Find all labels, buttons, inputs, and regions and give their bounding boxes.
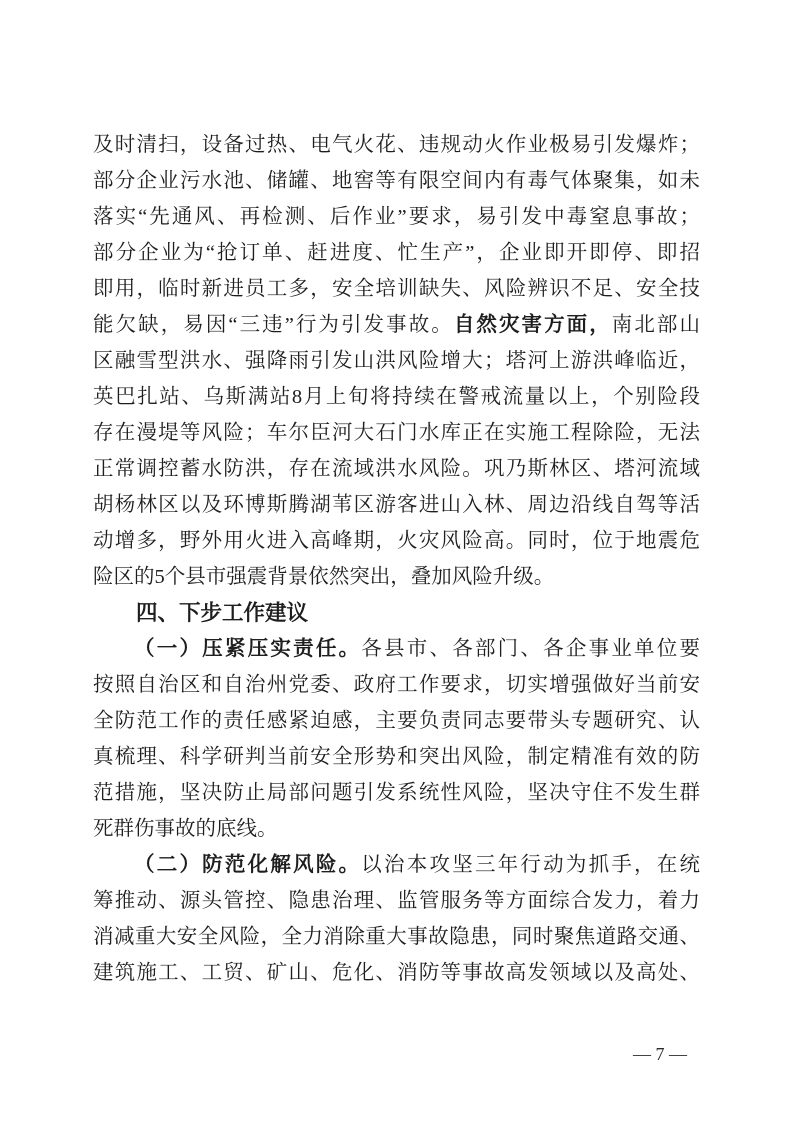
text-segment: 能欠缺，易因“三违”行为引发事故。 xyxy=(93,314,454,336)
page-number: — 7 — xyxy=(600,1044,720,1065)
text-line: 存在漫堤等风险；车尔臣河大石门水库正在实施工程除险，无法 xyxy=(93,415,700,451)
text-line: 正常调控蓄水防洪，存在流域洪水风险。巩乃斯林区、塔河流域 xyxy=(93,451,700,487)
text-line: 英巴扎站、乌斯满站8月上旬将持续在警戒流量以上，个别险段 xyxy=(93,379,700,415)
text-segment: 部分企业污水池、储罐、地窖等有限空间内有毒气体聚集，如未 xyxy=(93,170,700,192)
text-line: 四、下步工作建议 xyxy=(93,595,700,631)
text-line: 落实“先通风、再检测、后作业”要求，易引发中毒窒息事故； xyxy=(93,199,700,235)
text-line: 按照自治区和自治州党委、政府工作要求，切实增强做好当前安 xyxy=(93,667,700,703)
text-line: 真梳理、科学研判当前安全形势和突出风险，制定精准有效的防 xyxy=(93,739,700,775)
text-segment: 消减重大安全风险，全力消除重大事故隐患，同时聚焦道路交通、 xyxy=(93,926,700,948)
text-line: （二）防范化解风险。以治本攻坚三年行动为抓手，在统 xyxy=(93,847,700,883)
text-segment: 区融雪型洪水、强降雨引发山洪风险增大；塔河上游洪峰临近， xyxy=(93,350,700,372)
text-line: 部分企业污水池、储罐、地窖等有限空间内有毒气体聚集，如未 xyxy=(93,163,700,199)
text-segment: 胡杨林区以及环博斯腾湖苇区游客进山入林、周边沿线自驾等活 xyxy=(93,494,700,516)
text-line: 死群伤事故的底线。 xyxy=(93,811,700,847)
paragraph-recommendation-2: （二）防范化解风险。以治本攻坚三年行动为抓手，在统筹推动、源头管控、隐患治理、监… xyxy=(93,847,700,991)
text-segment: 按照自治区和自治州党委、政府工作要求，切实增强做好当前安 xyxy=(93,674,700,696)
document-body: 及时清扫，设备过热、电气火花、违规动火作业极易引发爆炸；部分企业污水池、储罐、地… xyxy=(93,127,700,991)
text-line: 能欠缺，易因“三违”行为引发事故。自然灾害方面，南北部山 xyxy=(93,307,700,343)
text-line: 区融雪型洪水、强降雨引发山洪风险增大；塔河上游洪峰临近， xyxy=(93,343,700,379)
text-segment: 各县市、各部门、各企事业单位要 xyxy=(361,638,700,660)
text-segment: 真梳理、科学研判当前安全形势和突出风险，制定精准有效的防 xyxy=(93,746,700,768)
text-line: 胡杨林区以及环博斯腾湖苇区游客进山入林、周边沿线自驾等活 xyxy=(93,487,700,523)
text-line: 全防范工作的责任感紧迫感，主要负责同志要带头专题研究、认 xyxy=(93,703,700,739)
text-segment: 动增多，野外用火进入高峰期，火灾风险高。同时，位于地震危 xyxy=(93,530,700,552)
document-page: 及时清扫，设备过热、电气火花、违规动火作业极易引发爆炸；部分企业污水池、储罐、地… xyxy=(0,0,793,1122)
section-heading: 四、下步工作建议 xyxy=(93,595,700,631)
text-segment: 正常调控蓄水防洪，存在流域洪水风险。巩乃斯林区、塔河流域 xyxy=(93,458,700,480)
text-segment: 以治本攻坚三年行动为抓手，在统 xyxy=(361,854,700,876)
text-segment: 险区的5个县市强震背景依然突出，叠加风险升级。 xyxy=(93,566,554,588)
text-line: 消减重大安全风险，全力消除重大事故隐患，同时聚焦道路交通、 xyxy=(93,919,700,955)
text-line: （一）压紧压实责任。各县市、各部门、各企事业单位要 xyxy=(93,631,700,667)
text-segment: 南北部山 xyxy=(612,314,700,336)
text-segment: 全防范工作的责任感紧迫感，主要负责同志要带头专题研究、认 xyxy=(93,710,700,732)
text-line: 部分企业为“抢订单、赶进度、忙生产”，企业即开即停、即招 xyxy=(93,235,700,271)
text-segment: 范措施，坚决防止局部问题引发系统性风险，坚决守住不发生群 xyxy=(93,782,700,804)
text-segment: 死群伤事故的底线。 xyxy=(93,818,278,840)
emphasis-bold-text: 自然灾害方面， xyxy=(454,313,612,336)
paragraph-recommendation-1: （一）压紧压实责任。各县市、各部门、各企事业单位要按照自治区和自治州党委、政府工… xyxy=(93,631,700,847)
text-line: 即用，临时新进员工多，安全培训缺失、风险辨识不足、安全技 xyxy=(93,271,700,307)
text-segment: 及时清扫，设备过热、电气火花、违规动火作业极易引发爆炸； xyxy=(93,134,700,156)
emphasis-lead-text: （一）压紧压实责任。 xyxy=(134,638,361,660)
text-segment: 筹推动、源头管控、隐患治理、监管服务等方面综合发力，着力 xyxy=(93,890,700,912)
text-line: 范措施，坚决防止局部问题引发系统性风险，坚决守住不发生群 xyxy=(93,775,700,811)
text-segment: 建筑施工、工贸、矿山、危化、消防等事故高发领域以及高处、 xyxy=(93,962,700,984)
text-segment: 英巴扎站、乌斯满站8月上旬将持续在警戒流量以上，个别险段 xyxy=(93,386,700,408)
text-segment: 落实“先通风、再检测、后作业”要求，易引发中毒窒息事故； xyxy=(93,206,700,228)
text-line: 险区的5个县市强震背景依然突出，叠加风险升级。 xyxy=(93,559,700,595)
text-line: 建筑施工、工贸、矿山、危化、消防等事故高发领域以及高处、 xyxy=(93,955,700,991)
text-line: 筹推动、源头管控、隐患治理、监管服务等方面综合发力，着力 xyxy=(93,883,700,919)
emphasis-lead-text: （二）防范化解风险。 xyxy=(134,854,361,876)
text-segment: 部分企业为“抢订单、赶进度、忙生产”，企业即开即停、即招 xyxy=(93,242,700,264)
emphasis-bold-text: 四、下步工作建议 xyxy=(136,601,308,625)
text-line: 及时清扫，设备过热、电气火花、违规动火作业极易引发爆炸； xyxy=(93,127,700,163)
text-segment: 即用，临时新进员工多，安全培训缺失、风险辨识不足、安全技 xyxy=(93,278,700,300)
text-line: 动增多，野外用火进入高峰期，火灾风险高。同时，位于地震危 xyxy=(93,523,700,559)
paragraph-continuation: 及时清扫，设备过热、电气火花、违规动火作业极易引发爆炸；部分企业污水池、储罐、地… xyxy=(93,127,700,595)
text-segment: 存在漫堤等风险；车尔臣河大石门水库正在实施工程除险，无法 xyxy=(93,422,700,444)
